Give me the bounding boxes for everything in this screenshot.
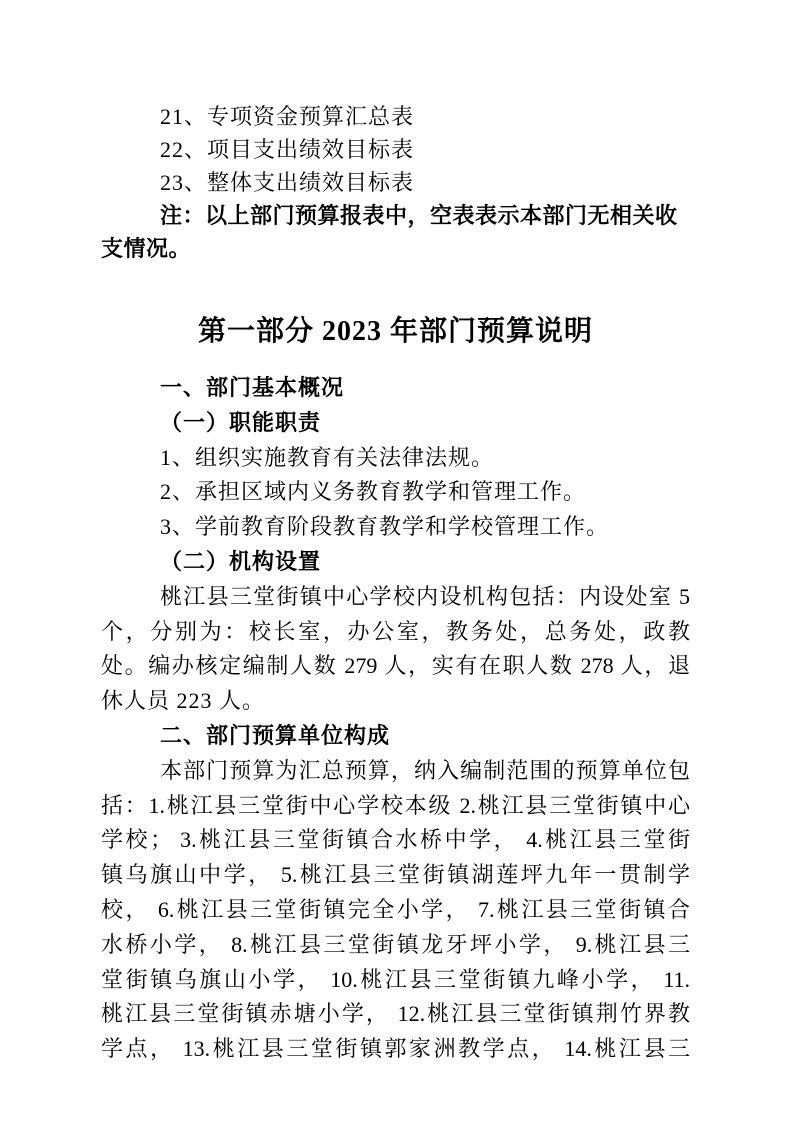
paragraph-line: 镇乌旗山中学， 5.桃江县三堂街镇湖莲坪九年一贯制学	[101, 858, 690, 893]
paragraph-line: 本部门预算为汇总预算，纳入编制范围的预算单位包	[101, 754, 690, 789]
duty-item: 3、学前教育阶段教育教学和学校管理工作。	[101, 510, 690, 545]
attachment-list-item: 23、整体支出绩效目标表	[101, 166, 690, 199]
page-content: 21、专项资金预算汇总表 22、项目支出绩效目标表 23、整体支出绩效目标表 注…	[101, 0, 690, 1067]
paragraph-line: 括：1.桃江县三堂街中心学校本级 2.桃江县三堂街镇中心	[101, 789, 690, 824]
budget-units-paragraph: 本部门预算为汇总预算，纳入编制范围的预算单位包 括：1.桃江县三堂街中心学校本级…	[101, 754, 690, 1067]
section-1-heading: 一、部门基本概况	[101, 371, 690, 406]
paragraph-line: 学校； 3.桃江县三堂街镇合水桥中学， 4.桃江县三堂街	[101, 823, 690, 858]
section-1-1-heading: （一）职能职责	[101, 406, 690, 441]
duty-item: 1、组织实施教育有关法律法规。	[101, 441, 690, 476]
section-1-2-heading: （二）机构设置	[101, 545, 690, 580]
note-line: 注：以上部门预算报表中，空表表示本部门无相关收支情况。	[101, 199, 690, 265]
paragraph-line: 桃江县三堂街镇中心学校内设机构包括：内设处室 5	[101, 580, 690, 615]
paragraph-line: 学点， 13.桃江县三堂街镇郭家洲教学点， 14.桃江县三	[101, 1032, 690, 1067]
paragraph-line: 休人员 223 人。	[101, 684, 690, 719]
part-title: 第一部分 2023 年部门预算说明	[101, 311, 690, 353]
attachment-list-item: 21、专项资金预算汇总表	[101, 100, 690, 133]
paragraph-line: 水桥小学， 8.桃江县三堂街镇龙牙坪小学， 9.桃江县三	[101, 928, 690, 963]
attachment-list-item: 22、项目支出绩效目标表	[101, 133, 690, 166]
section-2-heading: 二、部门预算单位构成	[101, 719, 690, 754]
document-page: 21、专项资金预算汇总表 22、项目支出绩效目标表 23、整体支出绩效目标表 注…	[0, 0, 793, 1122]
paragraph-line: 桃江县三堂街镇赤塘小学， 12.桃江县三堂街镇荆竹界教	[101, 997, 690, 1032]
paragraph-line: 处。编办核定编制人数 279 人，实有在职人数 278 人，退	[101, 649, 690, 684]
document-body: 一、部门基本概况 （一）职能职责 1、组织实施教育有关法律法规。 2、承担区域内…	[101, 371, 690, 1067]
organization-paragraph: 桃江县三堂街镇中心学校内设机构包括：内设处室 5 个，分别为：校长室，办公室，教…	[101, 580, 690, 719]
duty-item: 2、承担区域内义务教育教学和管理工作。	[101, 475, 690, 510]
attachment-list: 21、专项资金预算汇总表 22、项目支出绩效目标表 23、整体支出绩效目标表 注…	[101, 0, 690, 265]
paragraph-line: 堂街镇乌旗山小学， 10.桃江县三堂街镇九峰小学， 11.	[101, 963, 690, 998]
paragraph-line: 个，分别为：校长室，办公室，教务处，总务处，政教	[101, 615, 690, 650]
paragraph-line: 校， 6.桃江县三堂街镇完全小学， 7.桃江县三堂街镇合	[101, 893, 690, 928]
